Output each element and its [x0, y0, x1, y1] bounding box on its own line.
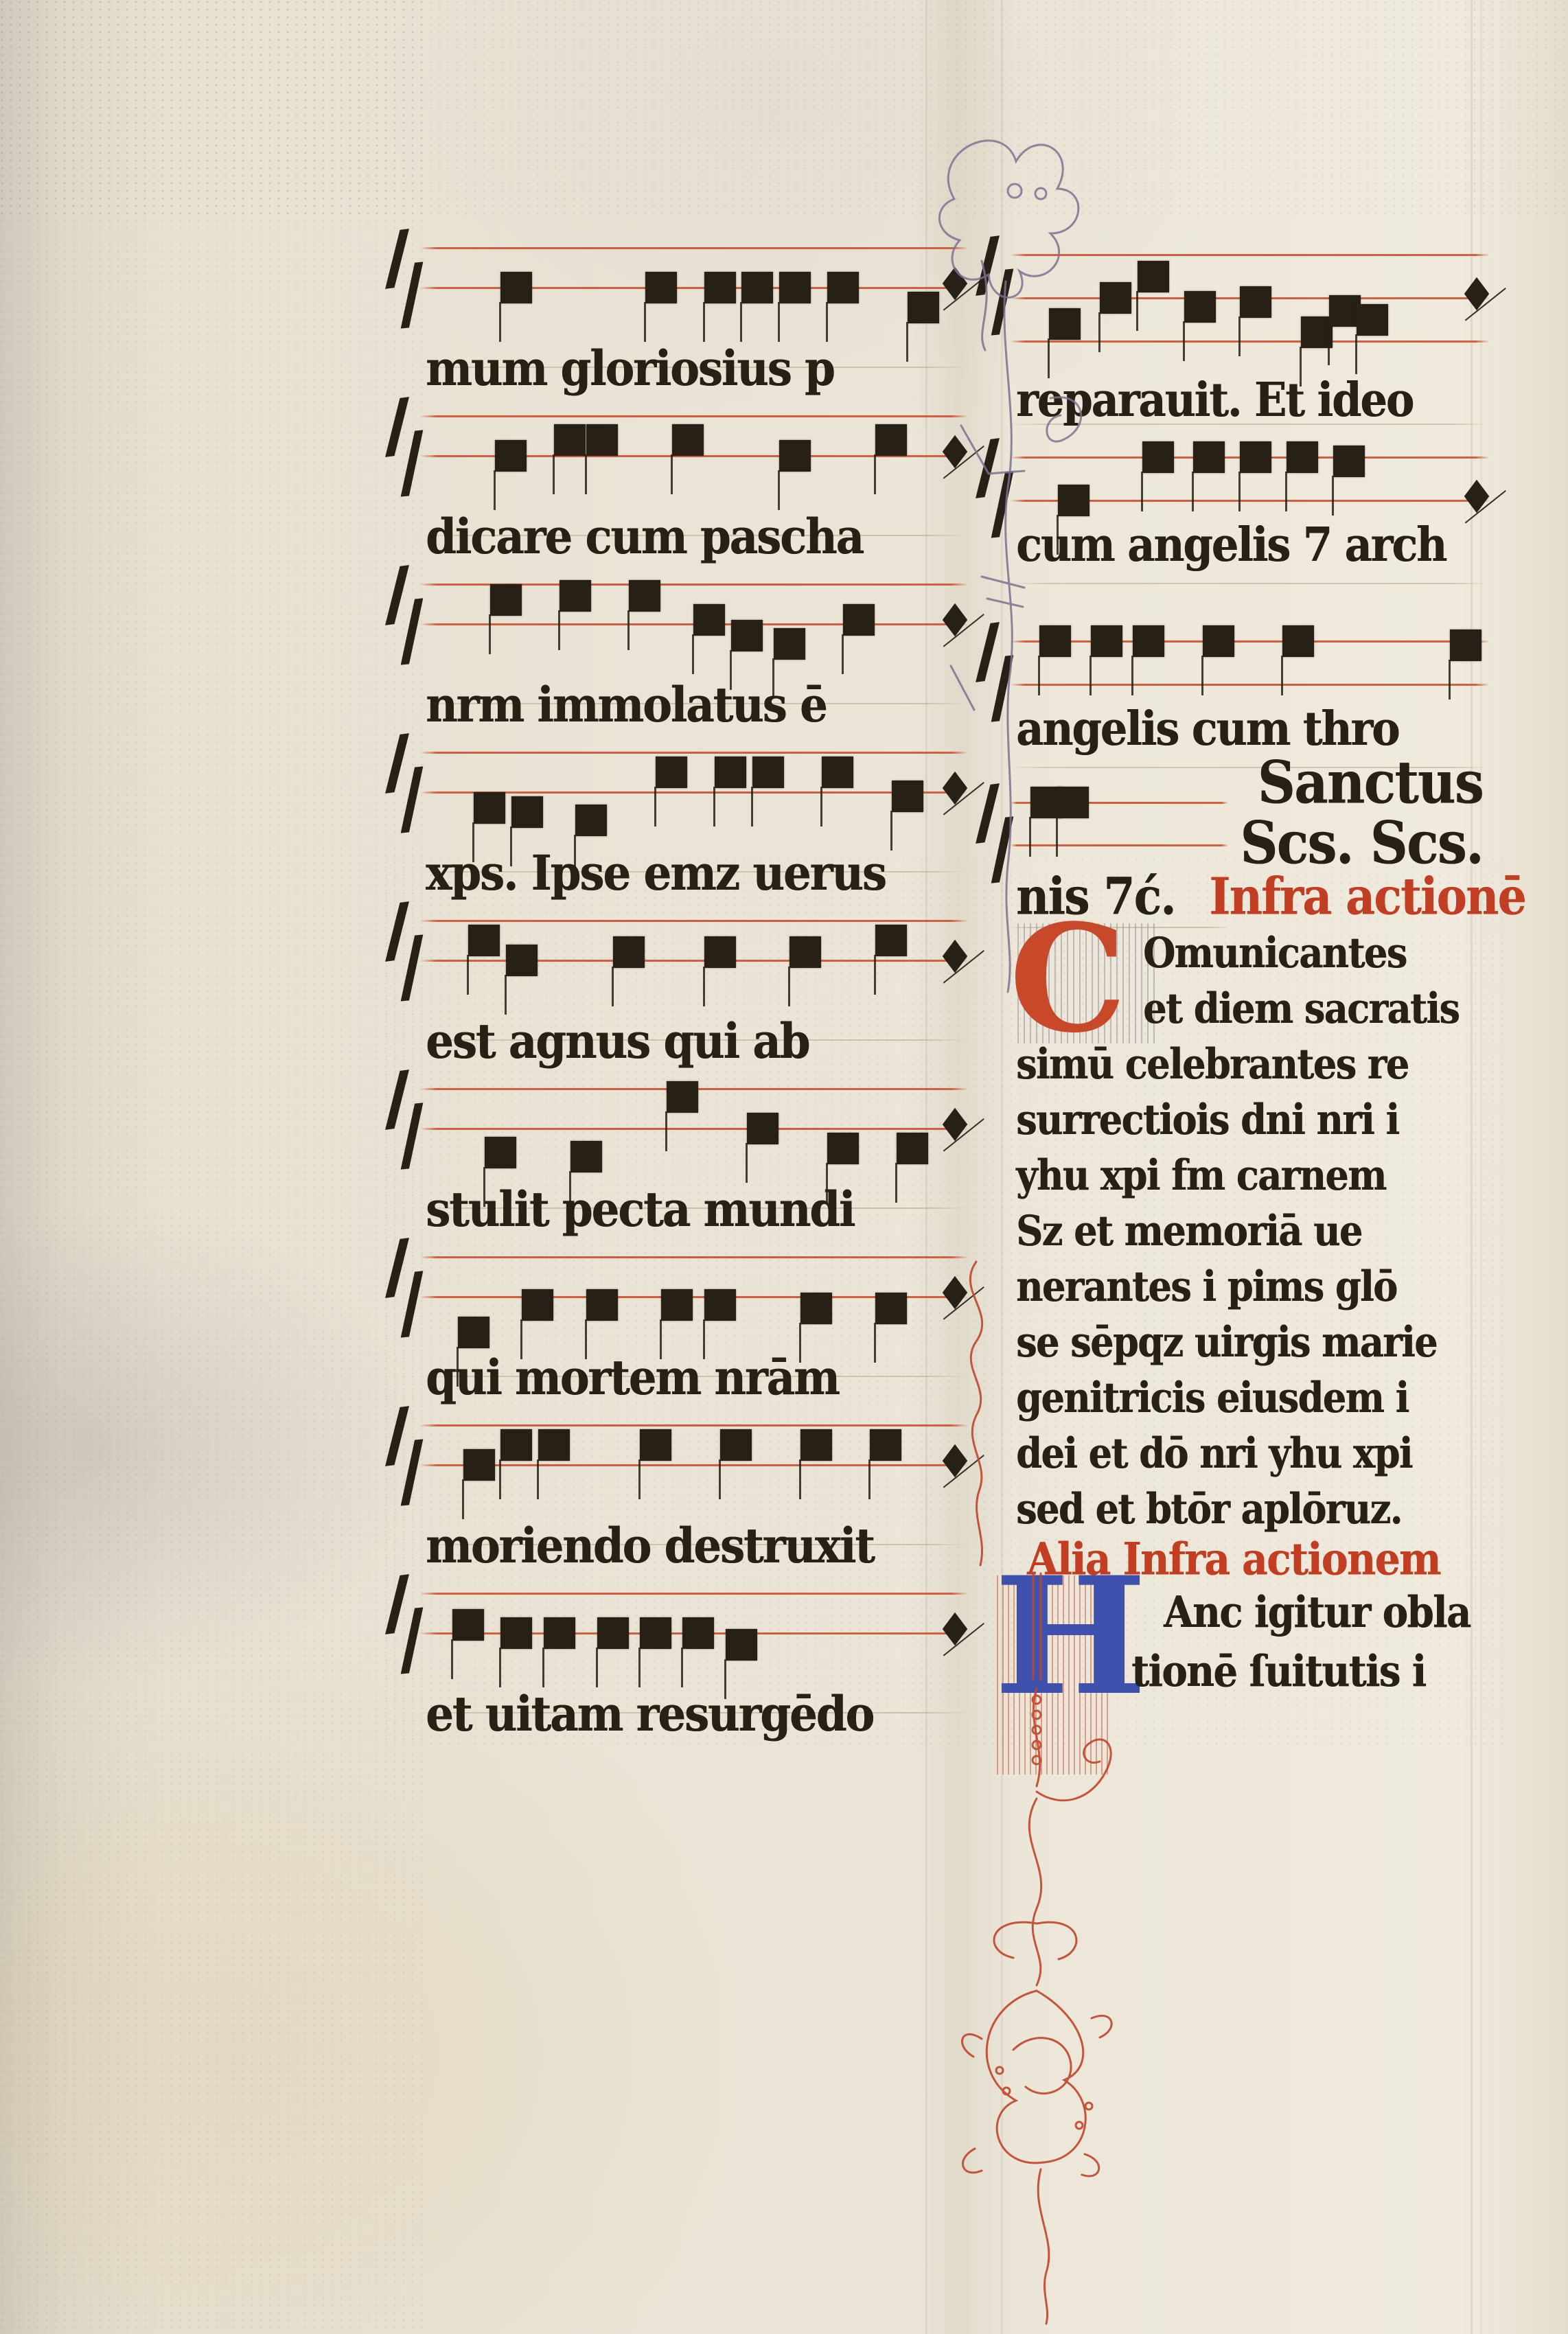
neume-note	[645, 272, 677, 303]
neume-note	[1329, 295, 1361, 327]
neume-note	[704, 936, 736, 968]
neume-note	[656, 756, 687, 788]
neume-note	[500, 272, 532, 303]
neume-note	[538, 1429, 570, 1461]
neume-note	[1240, 286, 1271, 318]
custos-mark	[1464, 480, 1489, 513]
parchment-speckle-left	[0, 0, 426, 2334]
neume-note	[452, 1609, 484, 1641]
communicantes-line: Omunicantes	[1143, 928, 1407, 978]
clef-mark	[390, 914, 431, 1017]
neume-note	[800, 1429, 832, 1461]
neume-note	[1203, 625, 1234, 657]
hanc-line-1: Anc igitur obla	[1164, 1587, 1471, 1638]
neume-note	[544, 1617, 575, 1649]
chant-lyric-line: et uitam resurgēdo	[426, 1686, 873, 1743]
neume-note	[1450, 629, 1481, 661]
neume-note	[843, 604, 875, 636]
neume-note	[500, 1617, 532, 1649]
neume-note	[704, 1289, 736, 1321]
neume-note	[752, 756, 784, 788]
neume-note	[458, 1317, 489, 1348]
clef-mark	[390, 410, 431, 513]
neume-note	[774, 628, 805, 660]
neume-note	[1287, 441, 1318, 473]
clef-mark	[390, 1587, 431, 1690]
neume-note	[667, 1081, 698, 1113]
chant-lyric-line: est agnus qui ab	[426, 1013, 809, 1070]
neume-note	[575, 805, 607, 836]
chant-lyric-line: stulit pecta mundi	[426, 1181, 854, 1238]
neume-note	[1138, 261, 1169, 292]
clef-mark	[390, 1251, 431, 1354]
custos-mark	[1464, 277, 1489, 310]
neume-note	[522, 1289, 553, 1321]
neume-note	[720, 1429, 752, 1461]
chant-lyric-line: qui mortem nrām	[426, 1350, 839, 1407]
neume-note	[560, 580, 591, 612]
chant-lyric-line: moriendo destruxit	[426, 1518, 874, 1575]
clef-mark	[390, 242, 431, 345]
neume-note	[1333, 446, 1365, 477]
neume-note	[640, 1617, 671, 1649]
neume-note	[463, 1449, 495, 1481]
neume-note	[822, 756, 853, 788]
neume-note	[779, 440, 811, 472]
clef-mark	[390, 578, 431, 681]
chant-lyric-line: xps. Ipse emz uerus	[426, 845, 886, 902]
neume-note	[570, 1141, 602, 1172]
neume-note	[597, 1617, 629, 1649]
neume-note	[613, 936, 645, 968]
neume-note	[1142, 441, 1174, 473]
neume-note	[731, 620, 763, 651]
communicantes-line: et diem sacratis	[1143, 984, 1459, 1033]
neume-note	[1184, 291, 1216, 323]
neume-note	[715, 756, 746, 788]
chant-lyric-line: mum gloriosius p	[426, 340, 834, 397]
neume-note	[800, 1293, 832, 1324]
infra-actione-rubric: Infra actionē	[1209, 866, 1525, 926]
neume-note	[747, 1113, 779, 1144]
neume-note	[1357, 304, 1388, 336]
hanc-line-2: tionē ſuitutis i	[1131, 1646, 1425, 1697]
neume-note	[693, 604, 725, 636]
neume-note	[495, 440, 527, 472]
neume-note	[1282, 625, 1314, 657]
neume-note	[485, 1137, 516, 1168]
neume-note	[779, 272, 811, 303]
chant-lyric-line: dicare cum pascha	[426, 509, 863, 566]
neume-note	[827, 272, 859, 303]
neume-note	[1193, 441, 1225, 473]
neume-note	[586, 1289, 618, 1321]
clef-mark	[390, 1083, 431, 1186]
neume-note	[506, 945, 538, 976]
chant-lyric-line: nrm immolatus ē	[426, 677, 827, 734]
neume-note	[704, 272, 736, 303]
neume-note	[586, 424, 618, 456]
neume-note	[474, 792, 505, 824]
penwork-flourish-red	[879, 103, 1140, 2334]
neume-note	[554, 424, 586, 456]
neume-note	[490, 584, 522, 616]
neume-note	[468, 925, 500, 956]
clef-mark	[390, 1419, 431, 1522]
neume-note	[827, 1133, 859, 1164]
neume-note	[629, 580, 660, 612]
neume-note	[726, 1629, 757, 1661]
neume-note	[511, 796, 543, 828]
neume-note	[640, 1429, 671, 1461]
neume-note	[500, 1429, 532, 1461]
neume-note	[672, 424, 704, 456]
neume-note	[682, 1617, 714, 1649]
clef-mark	[390, 746, 431, 849]
neume-note	[741, 272, 773, 303]
neume-note	[789, 936, 821, 968]
parchment-speckle-top	[0, 0, 1568, 220]
manuscript-page: mum gloriosius pdicare cum paschanrm imm…	[0, 0, 1568, 2334]
neume-note	[1240, 441, 1271, 473]
neume-note	[661, 1289, 693, 1321]
